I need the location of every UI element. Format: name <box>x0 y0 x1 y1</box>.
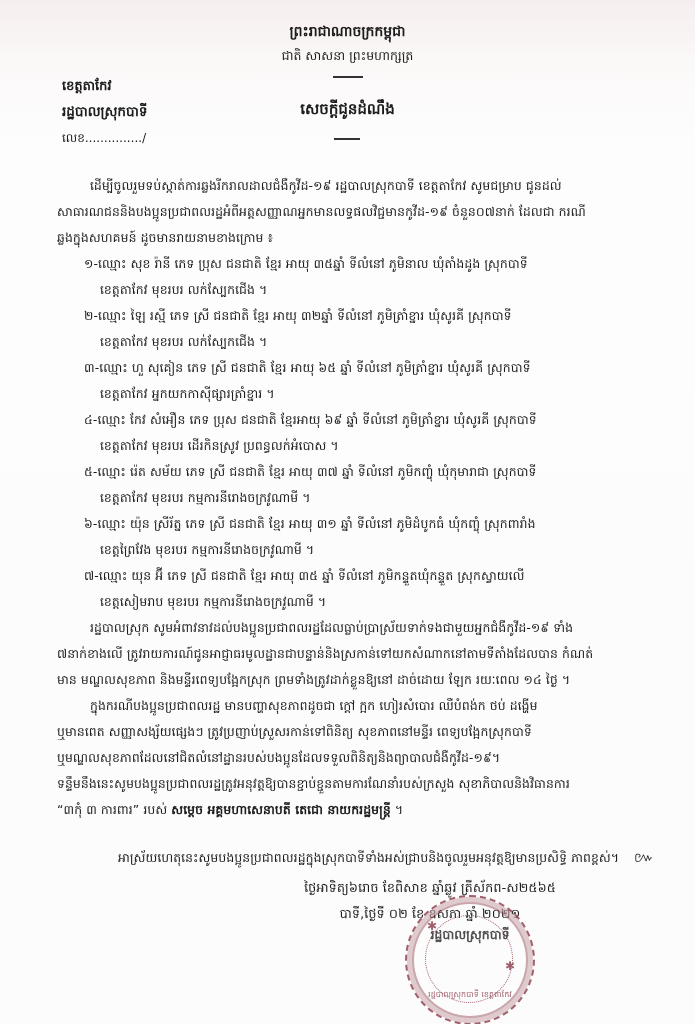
case-4-line-1: ៤-ឈ្មោះ កែវ សំអឿន ភេទ ប្រុស ជនជាតិ ខ្មែរ… <box>84 412 537 431</box>
solar-date: បាទី,ថ្ងៃទី ០២ ខែ ឧសភា ឆ្នាំ ២០២១ <box>0 906 695 925</box>
advice-2-line-3: ឬមណ្ឌលសុខភាពដែលនៅជិតលំនៅដ្ឋានរបស់បងប្អូន… <box>57 750 500 769</box>
prime-minister-title: សម្តេច អគ្គមហាសេនាបតី តេជោ នាយករដ្ឋមន្ត្… <box>171 802 391 817</box>
case-3-line-2: ខេត្តតាកែវ អ្នកយកកាស៊ីផ្សារត្រាំខ្នារ ។ <box>100 386 275 405</box>
stamp-ring-text: រដ្ឋបាលស្រុកបាទី ខេត្តតាកែវ <box>407 989 533 1001</box>
case-2-line-2: ខេត្តតាកែវ មុខរបរ លក់ស្បែកជើង ។ <box>100 334 267 353</box>
advice-1-line-1: រដ្ឋបាលស្រុក សូមអំពាវនាវដល់បងប្អូនប្រជាព… <box>90 620 573 639</box>
advice-3-line-1: ទន្ទឹមនឹងនេះសូមបងប្អូនប្រជាពលរដ្ឋត្រូវអន… <box>57 776 570 795</box>
advice-2-line-1: ក្នុងករណីបងប្អូនប្រជាពលរដ្ឋ មានបញ្ហាសុខភ… <box>90 698 538 717</box>
document-page: ព្រះរាជាណាចក្រកម្ពុជា ជាតិ សាសនា ព្រះមហា… <box>0 0 695 1024</box>
lunar-date: ថ្ងៃអាទិត្យ៦រោច ខែពិសាខ ឆ្នាំឆ្លូវ ត្រីស… <box>0 880 695 899</box>
case-1-line-1: ១-ឈ្មោះ សុខ រ៉ានី ភេទ ប្រុស ជនជាតិ ខ្មែរ… <box>84 256 528 275</box>
case-2-line-1: ២-ឈ្មោះ ឡៃ រស្មី ភេទ ស្រី ជនជាតិ ខ្មែរ អ… <box>84 308 512 327</box>
case-5-line-1: ៥-ឈ្មោះ រ៉េត សម័យ ភេទ ស្រី ជនជាតិ ខ្មែរ … <box>84 464 537 483</box>
kingdom-heading: ព្រះរាជាណាចក្រកម្ពុជា <box>0 22 695 43</box>
advice-2-line-2: ឬមានពេត សញ្ញាសង្ស័យផ្សេងៗ ត្រូវប្រញាប់ស្… <box>57 724 532 743</box>
case-1-line-2: ខេត្តតាកែវ មុខរបរ លក់ស្បែកជើង ។ <box>100 282 267 301</box>
measures-suffix: ។ <box>391 802 403 817</box>
closing-mark-icon: ៚ <box>634 848 654 869</box>
province-label: ខេត្តតាកែវ <box>62 78 112 97</box>
signatory-label: រដ្ឋបាលស្រុកបាទី <box>407 927 533 946</box>
case-7-line-1: ៧-ឈ្មោះ យុន អ៊ី ភេទ ស្រី ជនជាតិ ខ្មែរ អា… <box>84 568 525 587</box>
title-divider <box>334 138 360 140</box>
advice-1-line-3: មាន មណ្ឌលសុខភាព និងមន្ទីរពេទ្យបង្អែកស្រុ… <box>57 672 570 691</box>
national-motto: ជាតិ សាសនា ព្រះមហាក្សត្រ <box>0 48 695 67</box>
motto-divider <box>333 76 363 78</box>
case-4-line-2: ខេត្តតាកែវ មុខរបរ ដើរកិនស្រូវ ប្រពន្ធលក់… <box>100 438 339 457</box>
stamp-star-icon: ✱ <box>505 959 515 973</box>
reference-number: លេខ.............../ <box>62 130 146 148</box>
advice-1-line-2: ៧នាក់ខាងលើ ត្រូវរាយការណ៍ជូនអាជ្ញាធរមូលដ្… <box>57 646 593 665</box>
measures-line: “៣កុំ ៣ ការពារ” របស់ សម្តេច អគ្គមហាសេនាប… <box>57 802 403 821</box>
case-5-line-2: ខេត្តតាកែវ មុខរបរ កម្មការនីរោងចក្រវូណាមី… <box>100 490 311 509</box>
document-title: សេចក្តីជូនដំណឹង <box>0 100 695 122</box>
case-3-line-1: ៣-ឈ្មោះ ហួ សុគៀន ភេទ ស្រី ជនជាតិ ខ្មែរ អ… <box>84 360 531 379</box>
closing-line: អាស្រ័យហេតុនេះសូមបងប្អូនប្រជាពលរដ្ឋក្នុង… <box>118 850 619 869</box>
case-6-line-1: ៦-ឈ្មោះ យ៉ុន ស្រីរ័ត្ន ភេទ ស្រី ជនជាតិ ខ… <box>84 516 536 535</box>
measures-quote: “៣កុំ ៣ ការពារ” របស់ <box>57 802 171 817</box>
intro-line-2: សាធារណជននិងបងប្អូនប្រជាពលរដ្ឋអំពីអត្តសញ្… <box>57 204 586 223</box>
official-seal-stamp: ✱ ✱ រដ្ឋបាលស្រុកបាទី រដ្ឋបាលស្រុកបាទី ខេ… <box>405 895 535 1024</box>
intro-line-1: ដើម្បីចូលរួមទប់ស្កាត់ការឆ្លងរីករាលដាលជំង… <box>90 178 562 197</box>
case-6-line-2: ខេត្តព្រៃវែង មុខរបរ កម្មការនីរោងចក្រវូណា… <box>100 542 314 561</box>
intro-line-3: ឆ្លងក្នុងសហគមន៍ ដូចមានរាយនាមខាងក្រោម ៖ <box>57 230 273 249</box>
case-7-line-2: ខេត្តសៀមរាប មុខរបរ កម្មការនីរោងចក្រវូណាម… <box>100 594 326 613</box>
